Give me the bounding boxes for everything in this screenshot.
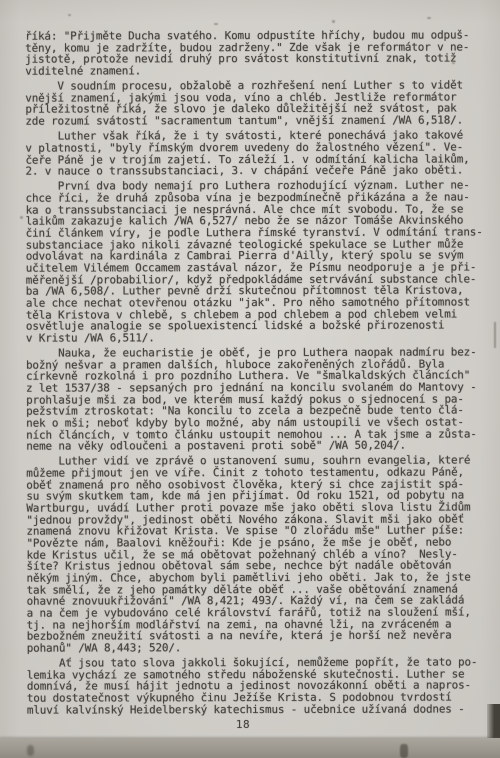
page-number: 18 xyxy=(0,718,486,731)
paragraph: Ať jsou tato slova jakkoli šokující, nem… xyxy=(27,657,497,717)
text-line: mluví kalvínský Heidelberský katechismus… xyxy=(27,703,497,716)
scan-speck xyxy=(214,23,218,25)
scan-artifact-edge-line xyxy=(494,322,496,348)
scan-speck xyxy=(20,216,23,219)
text-line: zde rozumí svátostí "sacramentum tantum"… xyxy=(25,114,495,127)
scanned-document-page: říká: "Přijměte Ducha svatého. Komu odpu… xyxy=(0,0,500,758)
paragraph: říká: "Přijměte Ducha svatého. Komu odpu… xyxy=(25,29,495,77)
page-text: říká: "Přijměte Ducha svatého. Komu odpu… xyxy=(25,29,497,719)
scan-speck xyxy=(427,17,431,19)
text-line: viditelné znamení. xyxy=(25,64,495,77)
scan-speck xyxy=(68,14,71,16)
paragraph: První dva body nemají pro Luthera rozhod… xyxy=(25,180,495,344)
scan-speck xyxy=(332,20,335,23)
scan-bed-strip xyxy=(0,738,500,758)
text-line: neme na věky odloučeni a postaveni proti… xyxy=(26,440,496,453)
text-line: pohanů" /WA 8,443; 520/. xyxy=(27,641,497,654)
scan-smudge xyxy=(400,744,408,758)
text-line: v Kristu /WA 6,511/. xyxy=(26,331,496,344)
paragraph: Luther vidí ve zprávě o ustanovení sumu,… xyxy=(26,455,497,654)
scan-smudge xyxy=(27,745,34,756)
paragraph: Nauka, že eucharistie je oběť, je pro Lu… xyxy=(26,346,496,452)
text-line: 2. v nauce o transsubstanciaci, 3. v chá… xyxy=(25,165,495,178)
paragraph: Luther však říká, že i ty svátosti, kter… xyxy=(25,130,495,178)
paragraph: V soudním procesu, obžalobě a rozhřešení… xyxy=(25,80,495,128)
page-edge-shadow xyxy=(487,704,500,741)
